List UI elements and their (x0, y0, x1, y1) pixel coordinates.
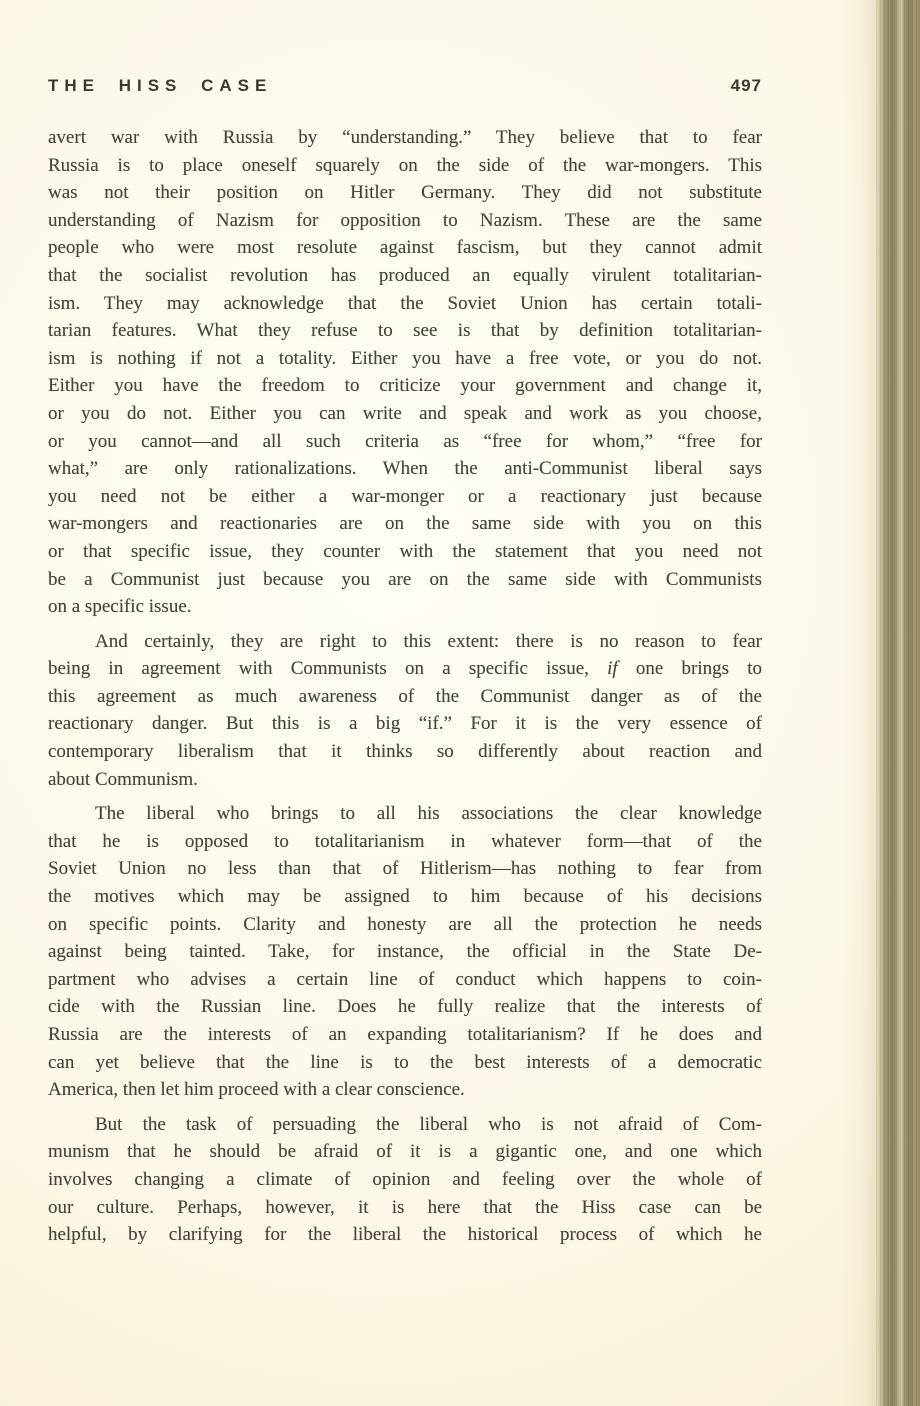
text-line: America, then let him proceed with a cle… (48, 1076, 762, 1104)
running-head-title: THE HISS CASE (48, 76, 272, 96)
text-line: partment who advises a certain line of c… (48, 966, 762, 994)
text-line: contemporary liberalism that it thinks s… (48, 738, 762, 766)
text-line: or that specific issue, they counter wit… (48, 538, 762, 566)
text-line: this agreement as much awareness of the … (48, 683, 762, 711)
text-line: or you cannot—and all such criteria as “… (48, 428, 762, 456)
text-line: helpful, by clarifying for the liberal t… (48, 1221, 762, 1249)
text-line: be a Communist just because you are on t… (48, 566, 762, 594)
text-line: tarian features. What they refuse to see… (48, 317, 762, 345)
running-header: THE HISS CASE 497 (48, 76, 762, 96)
text-line: Either you have the freedom to criticize… (48, 372, 762, 400)
text-line: what,” are only rationalizations. When t… (48, 455, 762, 483)
text-line: can yet believe that the line is to the … (48, 1049, 762, 1077)
text-line: Russia are the interests of an expanding… (48, 1021, 762, 1049)
text-line: people who were most resolute against fa… (48, 234, 762, 262)
text-line: ism is nothing if not a totality. Either… (48, 345, 762, 373)
text-line: the motives which may be assigned to him… (48, 883, 762, 911)
text-line: ism. They may acknowledge that the Sovie… (48, 290, 762, 318)
text-line: avert war with Russia by “understanding.… (48, 124, 762, 152)
text-line: The liberal who brings to all his associ… (48, 800, 762, 828)
text-line: understanding of Nazism for opposition t… (48, 207, 762, 235)
text-line: against being tainted. Take, for instanc… (48, 938, 762, 966)
text-line: that he is opposed to totalitarianism in… (48, 828, 762, 856)
text-line: about Communism. (48, 766, 762, 794)
text-line: But the task of persuading the liberal w… (48, 1111, 762, 1139)
page-curve-shading (840, 0, 880, 1406)
text-line: was not their position on Hitler Germany… (48, 179, 762, 207)
text-line: being in agreement with Communists on a … (48, 655, 762, 683)
text-line: Soviet Union no less than that of Hitler… (48, 855, 762, 883)
paragraph: The liberal who brings to all his associ… (48, 800, 762, 1104)
paragraph: And certainly, they are right to this ex… (48, 628, 762, 794)
text-line: And certainly, they are right to this ex… (48, 628, 762, 656)
text-line: involves changing a climate of opinion a… (48, 1166, 762, 1194)
text-line: our culture. Perhaps, however, it is her… (48, 1194, 762, 1222)
paragraph: avert war with Russia by “understanding.… (48, 124, 762, 621)
book-page-scan: THE HISS CASE 497 avert war with Russia … (0, 0, 920, 1406)
paragraph: But the task of persuading the liberal w… (48, 1111, 762, 1249)
text-line: war-mongers and reactionaries are on the… (48, 510, 762, 538)
text-block: avert war with Russia by “understanding.… (48, 124, 762, 1249)
text-line: munism that he should be afraid of it is… (48, 1138, 762, 1166)
text-line: cide with the Russian line. Does he full… (48, 993, 762, 1021)
text-line: that the socialist revolution has produc… (48, 262, 762, 290)
text-line: reactionary danger. But this is a big “i… (48, 710, 762, 738)
page-number: 497 (731, 76, 762, 96)
text-line: Russia is to place oneself squarely on t… (48, 152, 762, 180)
text-line: on a specific issue. (48, 593, 762, 621)
book-page-edges (876, 0, 920, 1406)
text-line: you need not be either a war-monger or a… (48, 483, 762, 511)
text-line: on specific points. Clarity and honesty … (48, 911, 762, 939)
text-line: or you do not. Either you can write and … (48, 400, 762, 428)
